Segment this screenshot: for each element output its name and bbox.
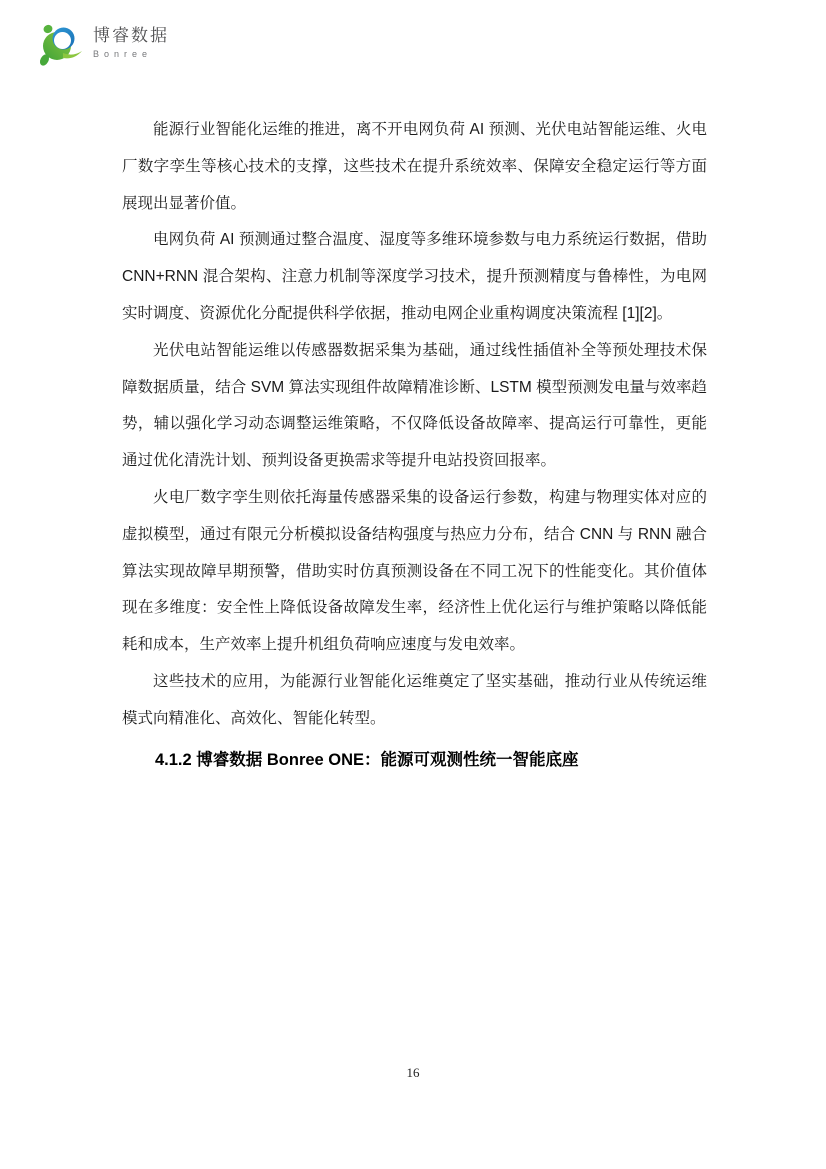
section-heading: 4.1.2 博睿数据 Bonree ONE：能源可观测性统一智能底座 [122, 745, 707, 775]
document-page: 博睿数据 Bonree 能源行业智能化运维的推进，离不开电网负荷 AI 预测、光… [0, 0, 826, 1169]
body-paragraph: 这些技术的应用，为能源行业智能化运维奠定了坚实基础，推动行业从传统运维模式向精准… [122, 664, 707, 738]
document-body: 能源行业智能化运维的推进，离不开电网负荷 AI 预测、光伏电站智能运维、火电厂数… [122, 112, 707, 775]
brand-name-chinese: 博睿数据 [93, 26, 169, 46]
page-footer: 16 [0, 1064, 826, 1082]
body-paragraph: 电网负荷 AI 预测通过整合温度、湿度等多维环境参数与电力系统运行数据，借助 C… [122, 222, 707, 332]
bonree-logo: 博睿数据 Bonree [36, 18, 169, 68]
body-paragraph: 能源行业智能化运维的推进，离不开电网负荷 AI 预测、光伏电站智能运维、火电厂数… [122, 112, 707, 222]
page-number: 16 [407, 1065, 420, 1080]
brand-name-english: Bonree [93, 48, 169, 60]
bonree-logo-text: 博睿数据 Bonree [93, 26, 169, 60]
bonree-logo-icon [36, 18, 86, 68]
body-paragraph: 光伏电站智能运维以传感器数据采集为基础，通过线性插值补全等预处理技术保障数据质量… [122, 333, 707, 480]
body-paragraph: 火电厂数字孪生则依托海量传感器采集的设备运行参数，构建与物理实体对应的虚拟模型，… [122, 480, 707, 664]
